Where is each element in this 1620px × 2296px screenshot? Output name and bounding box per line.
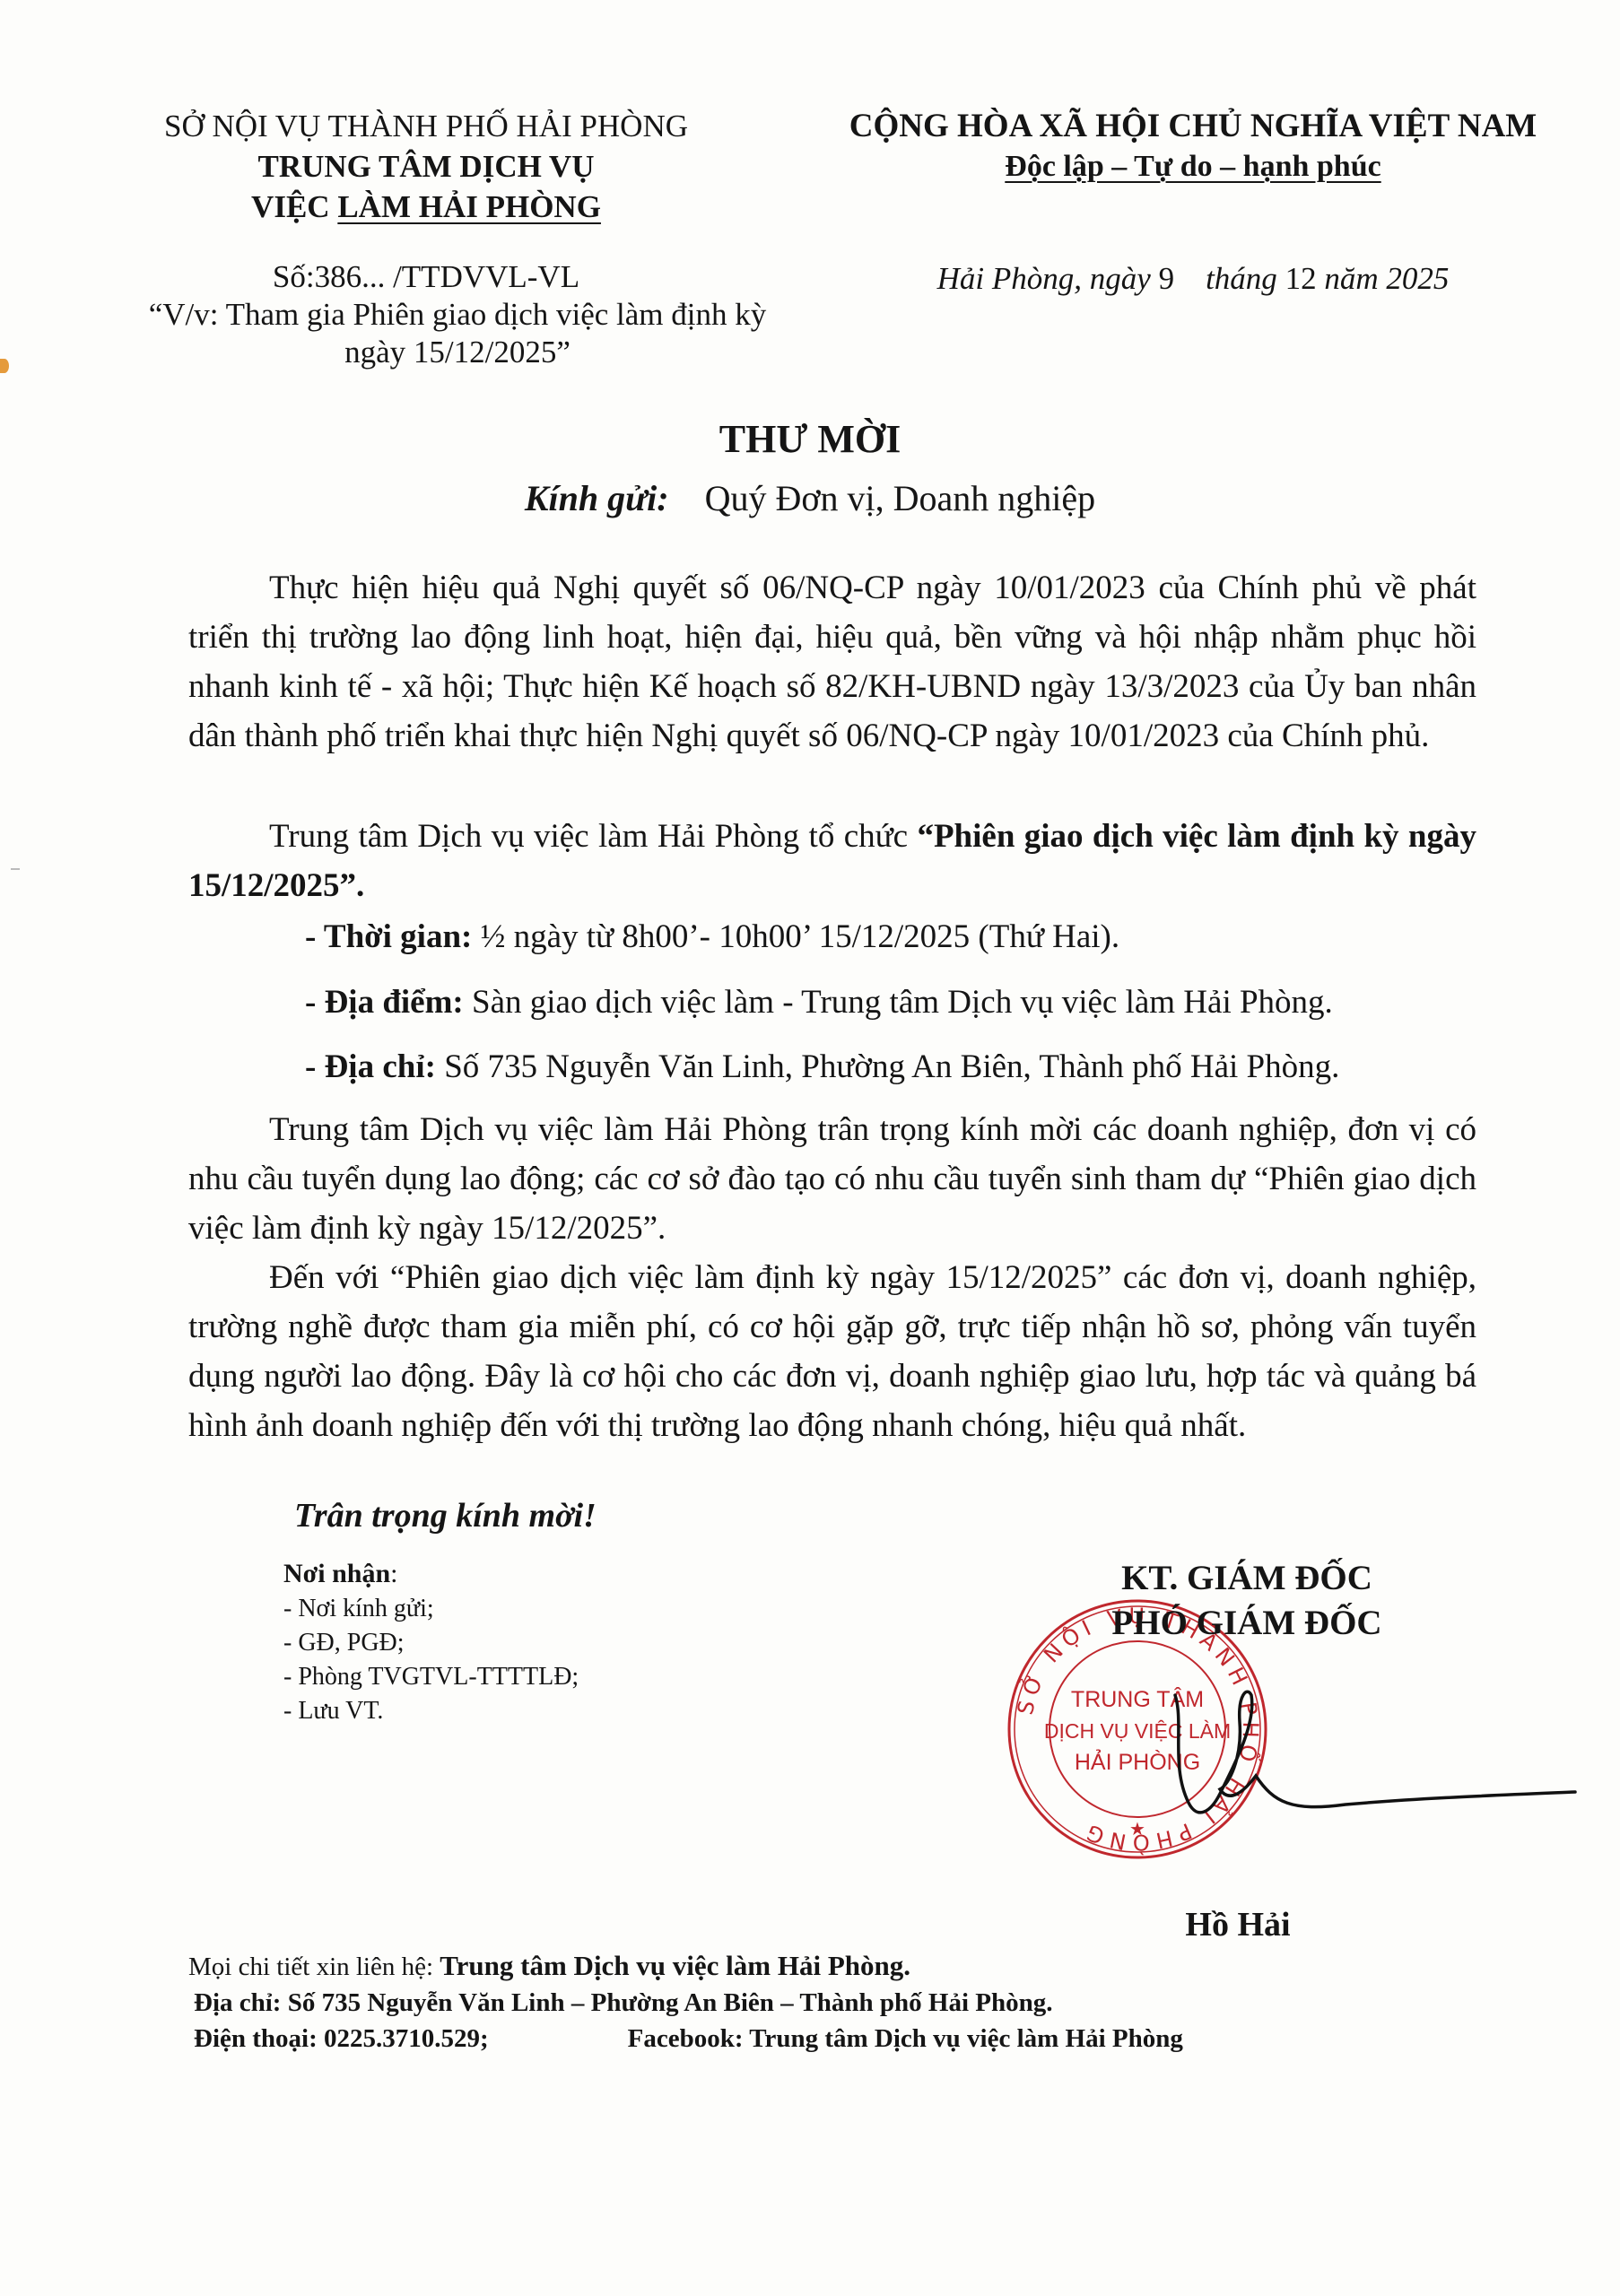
recipient-item: - Phòng TVGTVL-TTTTLĐ; bbox=[283, 1660, 822, 1694]
date-month: 12 bbox=[1285, 261, 1317, 296]
nation-name: CỘNG HÒA XÃ HỘI CHỦ NGHĨA VIỆT NAM bbox=[812, 106, 1574, 146]
detail-venue: - Địa điểm: Sàn giao dịch việc làm - Tru… bbox=[305, 980, 1561, 1025]
recipients-heading: Nơi nhận: bbox=[283, 1556, 822, 1592]
contact-label: Mọi chi tiết xin liên hệ: bbox=[188, 1952, 440, 1981]
signer-title-line1: KT. GIÁM ĐỐC bbox=[1041, 1556, 1453, 1601]
date-place: Hải Phòng, ngày bbox=[937, 261, 1151, 296]
scan-artifact bbox=[0, 359, 9, 373]
paragraph-text: Thực hiện hiệu quả Nghị quyết số 06/NQ-C… bbox=[188, 570, 1476, 754]
motto-text: Độc lập – Tự do – hạnh phúc bbox=[1005, 150, 1380, 183]
detail-label: - Thời gian: bbox=[305, 918, 472, 955]
recipient-item: - GĐ, PGĐ; bbox=[283, 1626, 822, 1660]
date-month-label: tháng bbox=[1206, 261, 1277, 296]
signer-name: Hồ Hải bbox=[1157, 1903, 1319, 1946]
unit-name-line1: TRUNG TÂM DỊCH VỤ bbox=[135, 146, 718, 187]
body-paragraph-1: Thực hiện hiệu quả Nghị quyết số 06/NQ-C… bbox=[188, 563, 1476, 761]
subject-block: “V/v: Tham gia Phiên giao dịch việc làm … bbox=[99, 296, 816, 371]
closing-phrase: Trân trọng kính mời! bbox=[294, 1493, 597, 1538]
document-title: THƯ MỜI bbox=[0, 414, 1620, 465]
subject-line2: ngày 15/12/2025” bbox=[99, 334, 816, 371]
scan-artifact bbox=[11, 868, 20, 870]
detail-label: - Địa chỉ: bbox=[305, 1048, 436, 1085]
parent-agency: SỞ NỘI VỤ THÀNH PHỐ HẢI PHÒNG bbox=[135, 106, 718, 146]
recipients-block: Nơi nhận: - Nơi kính gửi; - GĐ, PGĐ; - P… bbox=[283, 1556, 822, 1728]
date-day: 9 bbox=[1159, 261, 1175, 296]
contact-phone: Điện thoại: 0225.3710.529; bbox=[194, 2024, 489, 2053]
date-line: Hải Phòng, ngày 9 tháng 12 năm 2025 bbox=[812, 260, 1574, 298]
contact-value: Trung tâm Dịch vụ việc làm Hải Phòng. bbox=[440, 1950, 910, 1981]
contact-facebook: Facebook: Trung tâm Dịch vụ việc làm Hải… bbox=[628, 2021, 1183, 2057]
unit-name-underlined: LÀM HẢI PHÒNG bbox=[337, 189, 601, 224]
recipient-item: - Nơi kính gửi; bbox=[283, 1592, 822, 1626]
salutation-label: Kính gửi: bbox=[525, 478, 669, 518]
detail-address: - Địa chỉ: Số 735 Nguyễn Văn Linh, Phườn… bbox=[305, 1045, 1561, 1090]
body-paragraph-3: Trung tâm Dịch vụ việc làm Hải Phòng trâ… bbox=[188, 1105, 1476, 1253]
unit-name-prefix: VIỆC bbox=[251, 189, 337, 224]
detail-value: Số 735 Nguyễn Văn Linh, Phường An Biên, … bbox=[436, 1048, 1339, 1085]
date-year: năm 2025 bbox=[1324, 261, 1449, 296]
detail-value: Sàn giao dịch việc làm - Trung tâm Dịch … bbox=[464, 984, 1333, 1021]
handwritten-signature-icon bbox=[1166, 1686, 1579, 1830]
motto: Độc lập – Tự do – hạnh phúc bbox=[812, 146, 1574, 187]
salutation-recipient: Quý Đơn vị, Doanh nghiệp bbox=[705, 478, 1096, 518]
unit-name-line2: VIỆC LÀM HẢI PHÒNG bbox=[135, 187, 718, 227]
contact-address: Địa chỉ: Số 735 Nguyễn Văn Linh – Phường… bbox=[188, 1985, 1534, 2021]
subject-line1: “V/v: Tham gia Phiên giao dịch việc làm … bbox=[99, 296, 816, 334]
svg-text:★: ★ bbox=[1129, 1820, 1145, 1839]
body-paragraph-4: Đến với “Phiên giao dịch việc làm định k… bbox=[188, 1253, 1476, 1450]
signer-title-block: KT. GIÁM ĐỐC PHÓ GIÁM ĐỐC bbox=[1041, 1556, 1453, 1646]
paragraph-text: Trung tâm Dịch vụ việc làm Hải Phòng tổ … bbox=[269, 818, 917, 855]
contact-footer: Mọi chi tiết xin liên hệ: Trung tâm Dịch… bbox=[188, 1948, 1534, 2057]
detail-value: ½ ngày từ 8h00’- 10h00’ 15/12/2025 (Thứ … bbox=[472, 918, 1119, 955]
recipient-item: - Lưu VT. bbox=[283, 1694, 822, 1728]
paragraph-text: Đến với “Phiên giao dịch việc làm định k… bbox=[188, 1259, 1476, 1444]
recipients-colon: : bbox=[390, 1559, 397, 1588]
national-header: CỘNG HÒA XÃ HỘI CHỦ NGHĨA VIỆT NAM Độc l… bbox=[812, 106, 1574, 187]
recipients-heading-text: Nơi nhận bbox=[283, 1559, 390, 1588]
detail-time: - Thời gian: ½ ngày từ 8h00’- 10h00’ 15/… bbox=[305, 915, 1561, 960]
contact-phone-facebook: Điện thoại: 0225.3710.529;Facebook: Trun… bbox=[188, 2021, 1534, 2057]
body-paragraph-2: Trung tâm Dịch vụ việc làm Hải Phòng tổ … bbox=[188, 812, 1476, 910]
detail-label: - Địa điểm: bbox=[305, 984, 464, 1021]
issuing-agency-block: SỞ NỘI VỤ THÀNH PHỐ HẢI PHÒNG TRUNG TÂM … bbox=[135, 106, 718, 227]
signer-title-line2: PHÓ GIÁM ĐỐC bbox=[1041, 1601, 1453, 1646]
salutation: Kính gửi:Quý Đơn vị, Doanh nghiệp bbox=[0, 475, 1620, 522]
contact-line: Mọi chi tiết xin liên hệ: Trung tâm Dịch… bbox=[188, 1948, 1534, 1985]
document-number: Số:386... /TTDVVL-VL bbox=[135, 258, 718, 296]
paragraph-text: Trung tâm Dịch vụ việc làm Hải Phòng trâ… bbox=[188, 1111, 1476, 1247]
